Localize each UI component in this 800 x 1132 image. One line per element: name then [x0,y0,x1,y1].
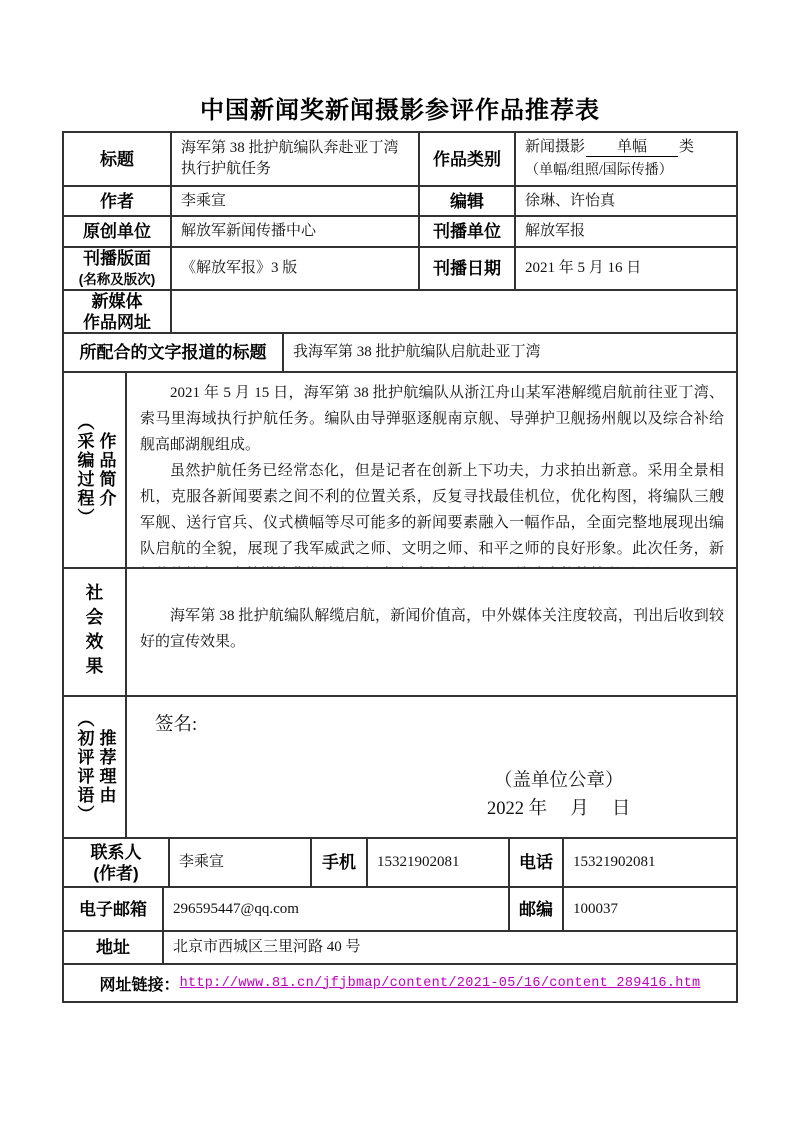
layout-field-value: 《解放军报》3 版 [172,248,420,289]
address-label: 地址 [64,932,164,963]
row-url-link: 网址链接： http://www.81.cn/jfjbmap/content/2… [64,965,736,1001]
article-url-link[interactable]: http://www.81.cn/jfjbmap/content/2021-05… [180,976,701,991]
social-effect-text-wrap: 海军第 38 批护航编队解缆启航，新闻价值高，中外媒体关注度较高，刊出后收到较好… [127,569,736,655]
publish-date-value: 2021 年 5 月 16 日 [516,248,736,289]
contact-name-value: 李乘宣 [170,839,312,886]
category-options-note: （单幅/组照/国际传播） [525,160,673,181]
work-intro-content: 2021 年 5 月 15 日，海军第 38 批护航编队从浙江舟山某军港解缆启航… [127,373,736,567]
work-intro-label: （采编过程） 作品简介 [64,373,127,567]
row-author-editor: 作者 李乘宣 编辑 徐琳、许怡真 [64,187,736,217]
row-origin-publisher: 原创单位 解放军新闻传播中心 刊播单位 解放军报 [64,217,736,248]
origin-unit-label: 原创单位 [64,217,172,246]
signature-label: 签名: [155,710,197,736]
recommend-reason-label-cell: （初评评语） 推荐理由 [64,697,127,837]
origin-unit-value: 解放军新闻传播中心 [172,217,420,246]
zip-label: 邮编 [510,888,564,930]
layout-field-label: 刊播版面 (名称及版次) [64,248,172,289]
row-social-effect: 社会效果 海军第 38 批护航编队解缆启航，新闻价值高，中外媒体关注度较高，刊出… [64,569,736,697]
social-effect-text: 海军第 38 批护航编队解缆启航，新闻价值高，中外媒体关注度较高，刊出后收到较好… [140,603,724,655]
publish-unit-value: 解放军报 [516,217,736,246]
new-media-url-label: 新媒体 作品网址 [64,291,172,332]
work-intro-paragraph-1: 2021 年 5 月 15 日，海军第 38 批护航编队从浙江舟山某军港解缆启航… [140,380,724,458]
url-link-cell: 网址链接： http://www.81.cn/jfjbmap/content/2… [64,965,736,1001]
row-email-zip: 电子邮箱 296595447@qq.com 邮编 100037 [64,888,736,932]
author-field-label: 作者 [64,187,172,215]
social-effect-content: 海军第 38 批护航编队解缆启航，新闻价值高，中外媒体关注度较高，刊出后收到较好… [127,569,736,695]
email-value: 296595447@qq.com [164,888,510,930]
category-suffix: 类 [679,139,694,155]
form-page: 中国新闻奖新闻摄影参评作品推荐表 标题 海军第 38 批护航编队奔赴亚丁湾执行护… [0,0,800,1132]
title-field-value: 海军第 38 批护航编队奔赴亚丁湾执行护航任务 [172,133,420,185]
row-text-report-title: 所配合的文字报道的标题 我海军第 38 批护航编队启航赴亚丁湾 [64,334,736,373]
mobile-label: 手机 [312,839,368,886]
work-intro-label-left: （采编过程） [73,413,95,527]
new-media-url-value [172,291,736,332]
row-address: 地址 北京市西城区三里河路 40 号 [64,932,736,965]
work-intro-vertical-label: （采编过程） 作品简介 [73,413,117,527]
work-intro-label-right: 作品简介 [95,432,117,508]
seal-note: （盖单位公章） [487,767,630,795]
row-title-category: 标题 海军第 38 批护航编队奔赴亚丁湾执行护航任务 作品类别 新闻摄影单幅类 … [64,133,736,187]
address-value: 北京市西城区三里河路 40 号 [164,932,736,963]
contact-label-line2: (作者) [93,863,138,884]
row-new-media-url: 新媒体 作品网址 [64,291,736,334]
category-field-label: 作品类别 [420,133,516,185]
seal-and-date-block: （盖单位公章） 2022 年 月 日 [487,767,630,823]
date-blank-line: 2022 年 月 日 [487,795,630,823]
category-underlined-value: 单幅 [586,139,678,157]
recommendation-form-table: 标题 海军第 38 批护航编队奔赴亚丁湾执行护航任务 作品类别 新闻摄影单幅类 … [62,131,738,1003]
url-link-label: 网址链接： [100,972,180,995]
editor-field-value: 徐琳、许怡真 [516,187,736,215]
phone-label: 电话 [510,839,564,886]
social-effect-label: 社会效果 [82,583,107,681]
recommend-reason-vertical-label: （初评评语） 推荐理由 [73,710,117,824]
layout-label-line1: 刊播版面 [83,248,151,269]
contact-label: 联系人 (作者) [64,839,170,886]
publish-unit-label: 刊播单位 [420,217,516,246]
category-line1: 新闻摄影单幅类 [525,137,694,158]
row-work-intro: （采编过程） 作品简介 2021 年 5 月 15 日，海军第 38 批护航编队… [64,373,736,569]
phone-value: 15321902081 [564,839,736,886]
category-field-value: 新闻摄影单幅类 （单幅/组照/国际传播） [516,133,736,185]
text-report-title-label: 所配合的文字报道的标题 [64,334,284,371]
author-field-value: 李乘宣 [172,187,420,215]
new-media-label-line2: 作品网址 [83,312,151,333]
page-title: 中国新闻奖新闻摄影参评作品推荐表 [0,0,800,125]
social-effect-label-cell: 社会效果 [64,569,127,695]
work-intro-paragraph-2: 虽然护航任务已经常态化，但是记者在创新上下功夫，力求拍出新意。采用全景相机，克服… [140,458,724,567]
publish-date-label: 刊播日期 [420,248,516,289]
editor-field-label: 编辑 [420,187,516,215]
new-media-label-line1: 新媒体 [92,291,143,312]
mobile-value: 15321902081 [368,839,510,886]
category-prefix: 新闻摄影 [525,139,585,155]
layout-label-line2: (名称及版次) [79,269,156,290]
row-recommend-reason: （初评评语） 推荐理由 签名: （盖单位公章） 2022 年 月 日 [64,697,736,839]
contact-label-line1: 联系人 [91,842,142,863]
zip-value: 100037 [564,888,736,930]
recommend-reason-content: 签名: （盖单位公章） 2022 年 月 日 [127,697,736,837]
row-layout-date: 刊播版面 (名称及版次) 《解放军报》3 版 刊播日期 2021 年 5 月 1… [64,248,736,291]
recommend-reason-label-left: （初评评语） [73,710,95,824]
work-intro-text: 2021 年 5 月 15 日，海军第 38 批护航编队从浙江舟山某军港解缆启航… [127,373,736,567]
title-field-label: 标题 [64,133,172,185]
email-label: 电子邮箱 [64,888,164,930]
row-contact: 联系人 (作者) 李乘宣 手机 15321902081 电话 153219020… [64,839,736,888]
recommend-reason-label-right: 推荐理由 [95,729,117,805]
text-report-title-value: 我海军第 38 批护航编队启航赴亚丁湾 [284,334,736,371]
